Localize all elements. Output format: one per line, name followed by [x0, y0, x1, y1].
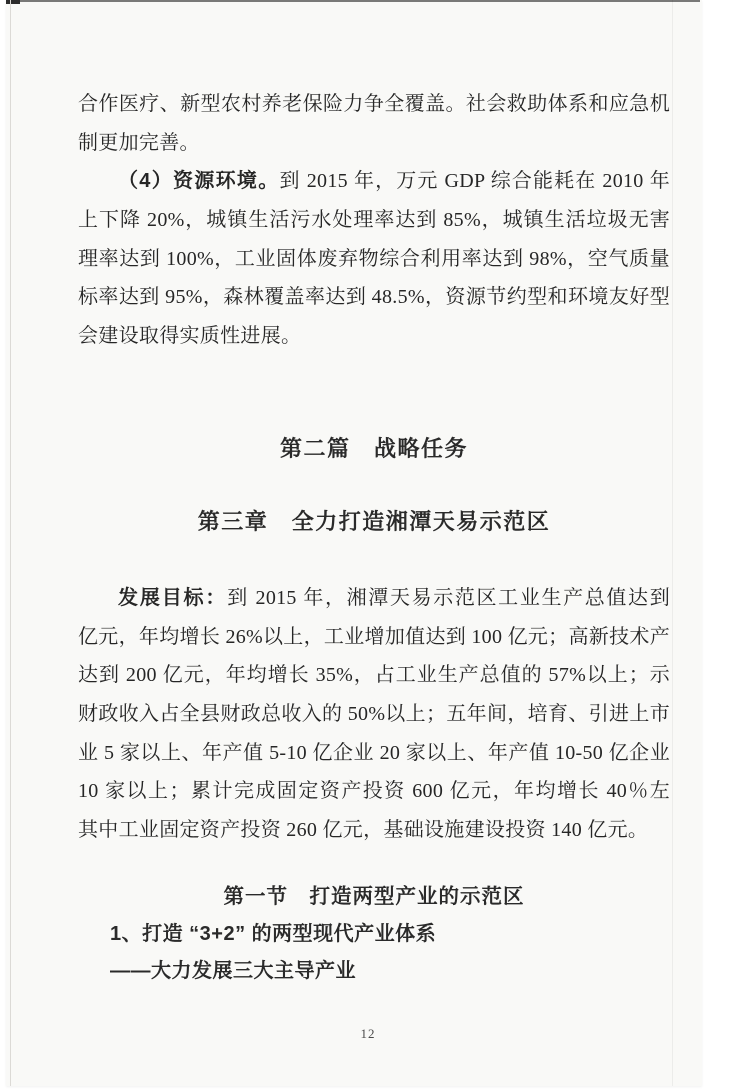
- body-line: 10 家以上；累计完成固定资产投资 600 亿元，年均增长 40％左右，: [78, 772, 670, 811]
- body-line: 亿元，年均增长 26%以上，工业增加值达到 100 亿元；高新技术产值: [78, 618, 670, 657]
- body-line: 合作医疗、新型农村养老保险力争全覆盖。社会救助体系和应急机: [78, 85, 670, 124]
- body-line: 标率达到 95%，森林覆盖率达到 48.5%，资源节约型和环境友好型社: [78, 278, 670, 317]
- body-line: 制更加完善。: [78, 124, 670, 163]
- scan-artifact-top-line: [6, 0, 700, 2]
- body-line: 上下降 20%，城镇生活污水处理率达到 85%，城镇生活垃圾无害化处: [78, 201, 670, 240]
- body-line: （4）资源环境。到 2015 年，万元 GDP 综合能耗在 2010 年基础: [78, 162, 670, 201]
- body-line: 财政收入占全县财政总收入的 50%以上；五年间，培育、引进上市企: [78, 695, 670, 734]
- body-line: 会建设取得实质性进展。: [78, 317, 670, 356]
- document-page: 合作医疗、新型农村养老保险力争全覆盖。社会救助体系和应急机 制更加完善。 （4）…: [6, 0, 702, 1086]
- body-line: 其中工业固定资产投资 260 亿元，基础设施建设投资 140 亿元。: [78, 811, 670, 850]
- scanned-document: 合作医疗、新型农村养老保险力争全覆盖。社会救助体系和应急机 制更加完善。 （4）…: [0, 0, 744, 1090]
- subheading-2: ——大力发展三大主导产业: [78, 954, 670, 983]
- scan-artifact-right-edge: [672, 0, 673, 1086]
- section-heading: 第一节 打造两型产业的示范区: [78, 879, 670, 909]
- scan-artifact-left-edge: [10, 0, 11, 1086]
- body-line: 业 5 家以上、年产值 5-10 亿企业 20 家以上、年产值 10-50 亿企…: [78, 734, 670, 773]
- body-paragraph-goal: 发展目标：到 2015 年，湘潭天易示范区工业生产总值达到 350 亿元，年均增…: [78, 579, 670, 850]
- subheading-1: 1、打造 “3+2” 的两型现代产业体系: [78, 917, 670, 946]
- scan-artifact-corner-mark: [6, 0, 20, 4]
- body-paragraphs-top: 合作医疗、新型农村养老保险力争全覆盖。社会救助体系和应急机 制更加完善。 （4）…: [78, 85, 670, 356]
- page-number: 12: [78, 1026, 658, 1042]
- paragraph-lead-resource: （4）资源环境。: [118, 170, 280, 192]
- body-line: 发展目标：到 2015 年，湘潭天易示范区工业生产总值达到 350: [78, 579, 670, 618]
- body-line: 达到 200 亿元，年均增长 35%，占工业生产总值的 57%以上；示范区: [78, 656, 670, 695]
- body-line: 理率达到 100%，工业固体废弃物综合利用率达到 98%，空气质量达: [78, 240, 670, 279]
- chapter-heading: 第三章 全力打造湘潭天易示范区: [78, 505, 670, 536]
- part-heading: 第二篇 战略任务: [78, 432, 670, 463]
- paragraph-lead-goal: 发展目标：: [118, 587, 227, 609]
